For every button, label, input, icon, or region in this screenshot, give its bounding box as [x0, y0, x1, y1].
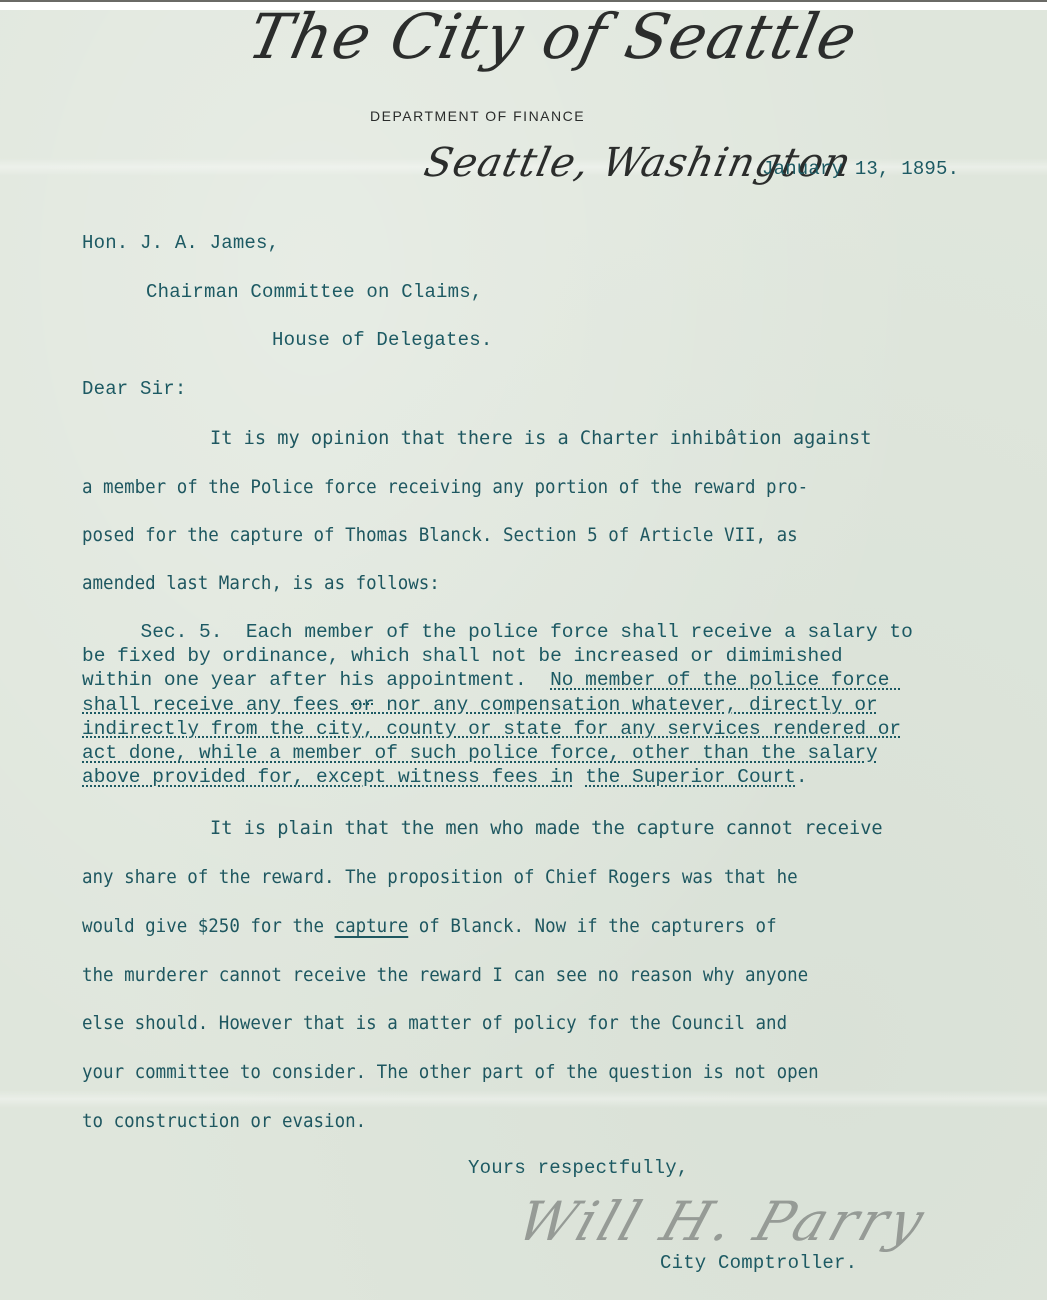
valediction: Yours respectfully,: [468, 1157, 688, 1179]
paragraph-line: the murderer cannot receive the reward I…: [82, 964, 808, 986]
quote-underlined: act done, while a member of such police …: [82, 742, 878, 764]
quote-line: be fixed by ordinance, which shall not b…: [82, 645, 843, 667]
paragraph-line: a member of the Police force receiving a…: [82, 476, 808, 498]
quote-underlined: indirectly from the city, county or stat…: [82, 718, 901, 740]
quote-underlined: No member of the police force: [550, 669, 901, 691]
quote-underlined: the Superior Court: [585, 766, 796, 788]
paragraph-line: any share of the reward. The proposition…: [82, 866, 798, 888]
paragraph-line: amended last March, is as follows:: [82, 572, 440, 594]
quote-underlined: nor any compensation whatever, directly …: [375, 694, 878, 716]
paragraph-line: to construction or evasion.: [82, 1110, 366, 1132]
letter-date: January 13, 1895.: [762, 158, 959, 180]
paragraph-line: It is plain that the men who made the ca…: [210, 817, 883, 839]
paragraph-text: of Blanck. Now if the capturers of: [408, 915, 776, 937]
quote-underlined: shall receive any fees: [82, 694, 351, 716]
letterhead-department: DEPARTMENT OF FINANCE: [370, 108, 585, 124]
paragraph-line: your committee to consider. The other pa…: [82, 1061, 819, 1083]
paragraph-line: It is my opinion that there is a Charter…: [210, 427, 871, 449]
addressee-name: Hon. J. A. James,: [82, 232, 279, 254]
quote-line: within one year after his appointment.: [82, 669, 550, 691]
struck-word: or: [351, 694, 374, 716]
quote-period: .: [796, 766, 808, 788]
signatory-title: City Comptroller.: [660, 1252, 857, 1274]
letterhead-title: The City of Seattle: [242, 0, 864, 73]
paragraph-line: else should. However that is a matter of…: [82, 1012, 787, 1034]
paragraph-line: would give $250 for the capture of Blanc…: [82, 915, 777, 937]
handwritten-signature: Will H. Parry: [510, 1190, 936, 1253]
quote-underlined: above provided for, except witness fees …: [82, 766, 573, 788]
quote-line: Sec. 5. Each member of the police force …: [82, 621, 913, 643]
salutation: Dear Sir:: [82, 378, 186, 400]
underlined-word: capture: [335, 915, 409, 937]
quote-space: [573, 766, 585, 788]
paragraph-line: posed for the capture of Thomas Blanck. …: [82, 524, 798, 546]
paragraph-text: would give $250 for the: [82, 915, 335, 937]
addressee-title: Chairman Committee on Claims,: [146, 281, 482, 303]
addressee-body: House of Delegates.: [272, 329, 492, 351]
charter-quote: Sec. 5. Each member of the police force …: [82, 620, 913, 789]
paper-fold: [0, 1090, 1047, 1108]
